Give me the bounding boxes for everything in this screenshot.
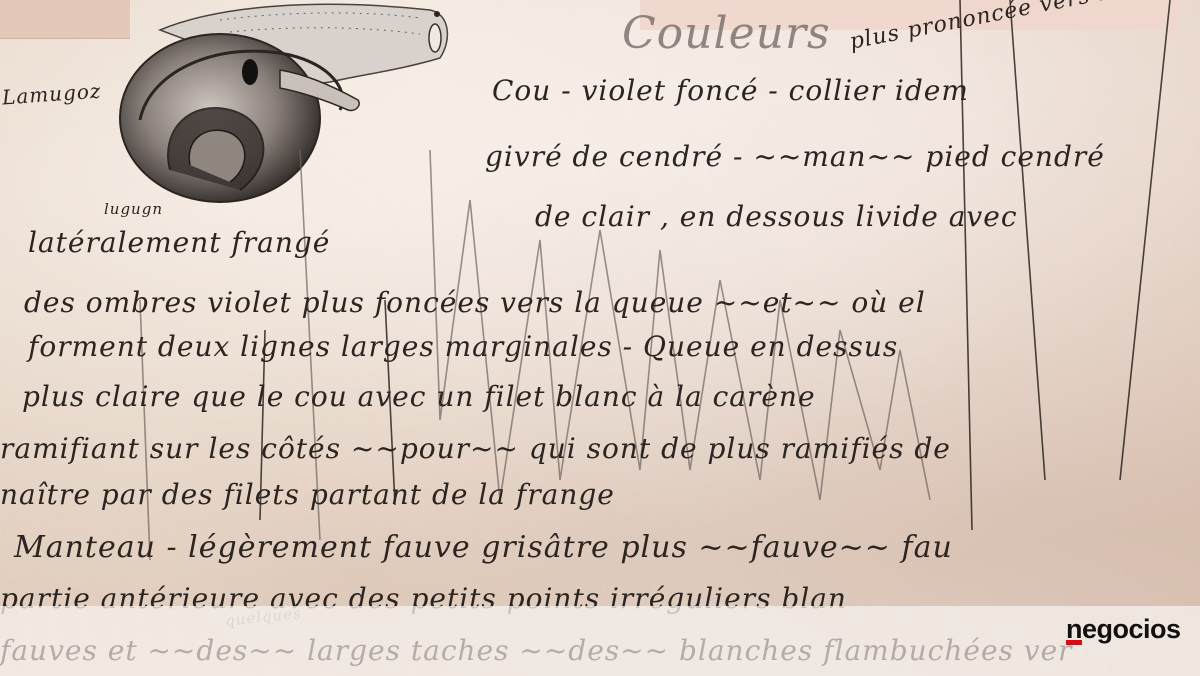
manuscript-line-8: ramifiant sur les côtés ~~pour~~ qui son… xyxy=(0,432,951,465)
manuscript-line-3: de clair , en dessous livide avec xyxy=(535,200,1018,233)
manuscript-line-10: Manteau - légèrement fauve grisâtre plus… xyxy=(14,530,953,565)
logo-accent-bar xyxy=(1066,640,1082,645)
interlinear-note-1: lugugn xyxy=(104,200,163,218)
manuscript-heading: Couleurs xyxy=(622,8,831,59)
manuscript-line-9: naître par des filets partant de la fran… xyxy=(0,478,615,511)
manuscript-line-5: des ombres violet plus foncées vers la q… xyxy=(24,286,926,319)
manuscript-line-1: Cou - violet foncé - collier idem xyxy=(492,74,969,107)
manuscript-line-6: forment deux lignes larges marginales - … xyxy=(28,330,898,363)
negocios-logo: negocios xyxy=(1066,614,1181,645)
manuscript-line-12: fauves et ~~des~~ larges taches ~~des~~ … xyxy=(0,634,1073,667)
manuscript-line-7: plus claire que le cou avec un filet bla… xyxy=(22,380,816,413)
manuscript-line-4: latéralement frangé xyxy=(28,226,330,259)
manuscript-line-2: givré de cendré - ~~man~~ pied cendré xyxy=(485,140,1105,173)
